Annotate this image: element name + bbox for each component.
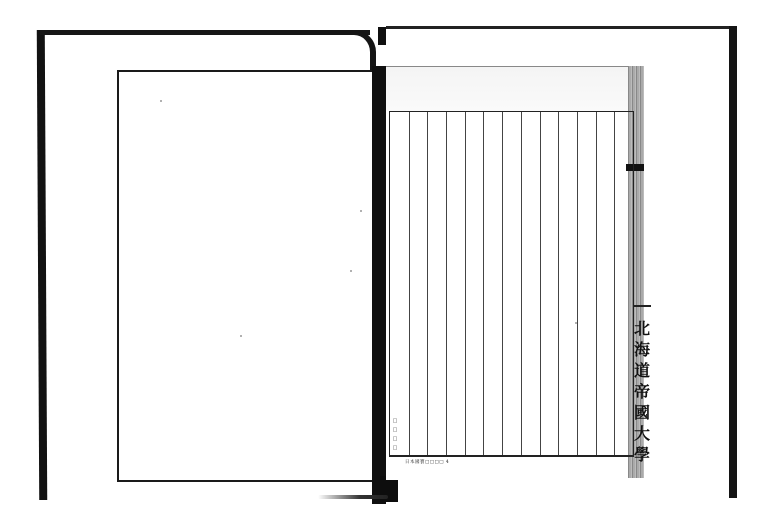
spine-title-char: 國 <box>633 402 651 423</box>
book-spine <box>372 66 386 504</box>
column-rule <box>427 112 428 455</box>
column-rule <box>502 112 503 455</box>
grid-bottom-rule <box>389 455 634 457</box>
column-rule <box>540 112 541 455</box>
binder-top-edge-right <box>386 26 731 29</box>
column-rule <box>409 112 410 455</box>
scan-speck <box>160 100 162 102</box>
scan-speck <box>350 270 352 272</box>
column-rule <box>446 112 447 455</box>
spine-label-rule <box>633 305 651 307</box>
column-rule <box>465 112 466 455</box>
page-footer-text: 日本國寶□□□□ 4 <box>405 459 449 465</box>
spine-curve <box>330 30 376 72</box>
right-page-top-margin <box>386 66 636 111</box>
column-rule <box>596 112 597 455</box>
binder-top-edge-left <box>40 30 370 35</box>
spine-tab <box>378 27 386 45</box>
scan-speck <box>575 322 577 324</box>
column-rule <box>521 112 522 455</box>
spine-title-char: 帝 <box>633 381 651 402</box>
binder-left-edge <box>37 30 47 500</box>
scan-speck <box>240 335 242 337</box>
ruled-column-grid <box>389 111 634 456</box>
column-rule <box>558 112 559 455</box>
spine-title-char: 道 <box>633 360 651 381</box>
scan-smudge <box>318 495 388 499</box>
spine-title-char: 海 <box>633 339 651 360</box>
spine-title-char: 北 <box>633 318 651 339</box>
margin-note: □□□□ <box>392 418 398 454</box>
scan-speck <box>360 210 362 212</box>
binder-right-edge <box>729 26 737 498</box>
column-rule <box>483 112 484 455</box>
column-rule <box>577 112 578 455</box>
column-rule <box>614 112 615 455</box>
spine-title: 北海道帝國大學 <box>633 318 651 465</box>
spine-title-char: 學 <box>633 444 651 465</box>
left-page-blank <box>117 70 379 482</box>
spine-title-char: 大 <box>633 423 651 444</box>
